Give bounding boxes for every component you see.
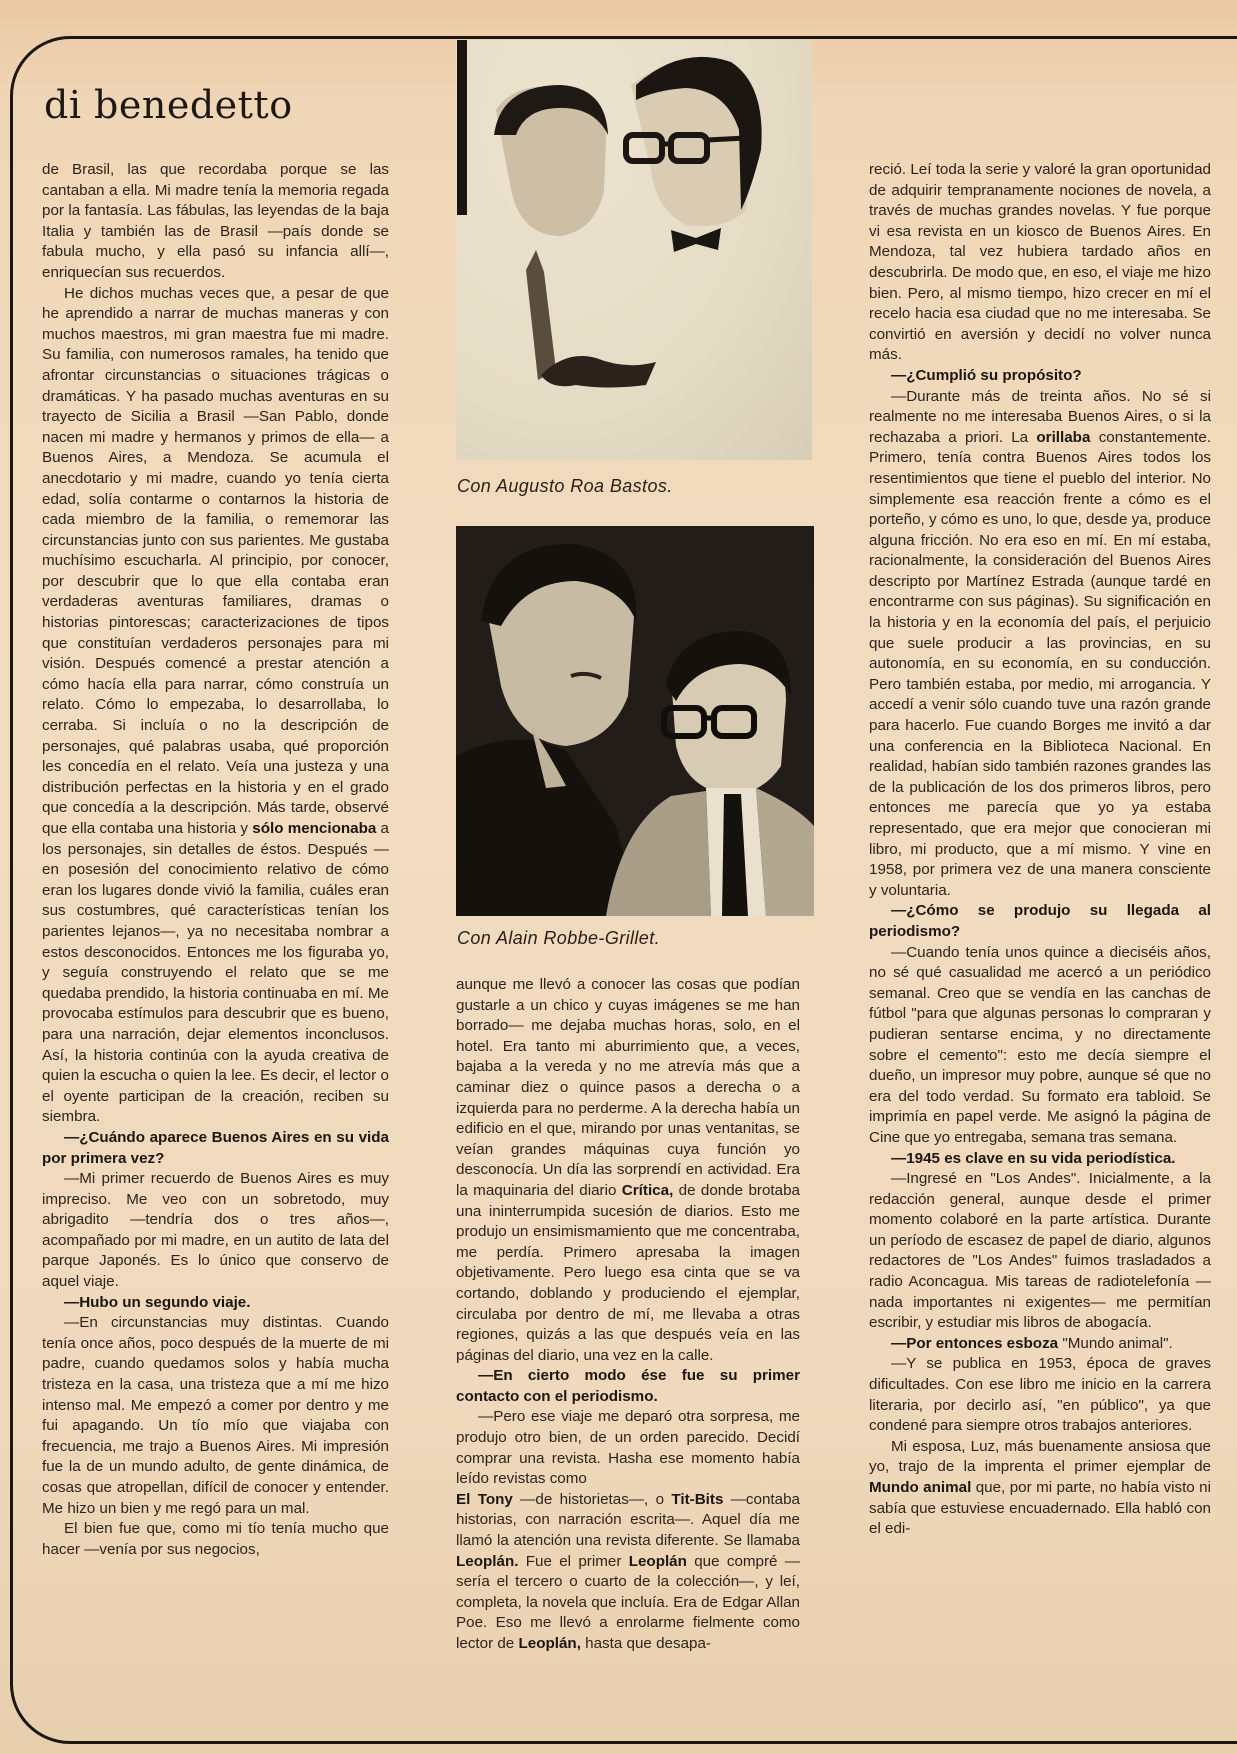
article-paragraph: —Cuando tenía unos quince a dieciséis añ… — [869, 943, 1211, 1149]
interview-question: —¿Cuándo aparece Buenos Aires en su vida… — [42, 1128, 389, 1169]
article-column-3: reció. Leí toda la serie y valoré la gra… — [869, 160, 1211, 1540]
photo-two-men-dark-illustration — [456, 526, 814, 916]
decorative-bar — [457, 40, 467, 215]
article-paragraph: El bien fue que, como mi tío tenía mucho… — [42, 1519, 389, 1560]
article-paragraph: reció. Leí toda la serie y valoré la gra… — [869, 160, 1211, 366]
article-paragraph: —Por entonces esboza "Mundo animal". — [869, 1334, 1211, 1355]
interview-question: —1945 es clave en su vida periodística. — [869, 1149, 1211, 1170]
photo-caption-roa-bastos: Con Augusto Roa Bastos. — [457, 476, 673, 497]
photo-roa-bastos — [456, 40, 812, 460]
article-title: di benedetto — [44, 83, 293, 127]
photo-caption-robbe-grillet: Con Alain Robbe-Grillet. — [457, 928, 660, 949]
article-paragraph: —En circunstancias muy distintas. Cuando… — [42, 1313, 389, 1519]
interview-question: —Hubo un segundo viaje. — [42, 1293, 389, 1314]
article-paragraph: Mi esposa, Luz, más buenamente ansiosa q… — [869, 1437, 1211, 1540]
article-paragraph: He dichos muchas veces que, a pesar de q… — [42, 284, 389, 1128]
photo-two-men-illustration — [456, 40, 812, 460]
article-paragraph: —Durante más de treinta años. No sé si r… — [869, 387, 1211, 902]
article-paragraph: —Mi primer recuerdo de Buenos Aires es m… — [42, 1169, 389, 1293]
article-paragraph: El Tony —de historietas—, o Tit-Bits —co… — [456, 1490, 800, 1655]
article-paragraph: de Brasil, las que recordaba porque se l… — [42, 160, 389, 284]
interview-question: —¿Cumplió su propósito? — [869, 366, 1211, 387]
interview-question: —¿Cómo se produjo su llegada al periodis… — [869, 901, 1211, 942]
photo-robbe-grillet — [456, 526, 814, 916]
article-paragraph: —Pero ese viaje me deparó otra sorpresa,… — [456, 1407, 800, 1489]
article-column-2: aunque me llevó a conocer las cosas que … — [456, 975, 800, 1655]
article-paragraph: —Ingresé en "Los Andes". Inicialmente, a… — [869, 1169, 1211, 1334]
article-column-1: de Brasil, las que recordaba porque se l… — [42, 160, 389, 1560]
interview-question: —En cierto modo ése fue su primer contac… — [456, 1366, 800, 1407]
article-paragraph: aunque me llevó a conocer las cosas que … — [456, 975, 800, 1366]
article-paragraph: —Y se publica en 1953, época de graves d… — [869, 1354, 1211, 1436]
